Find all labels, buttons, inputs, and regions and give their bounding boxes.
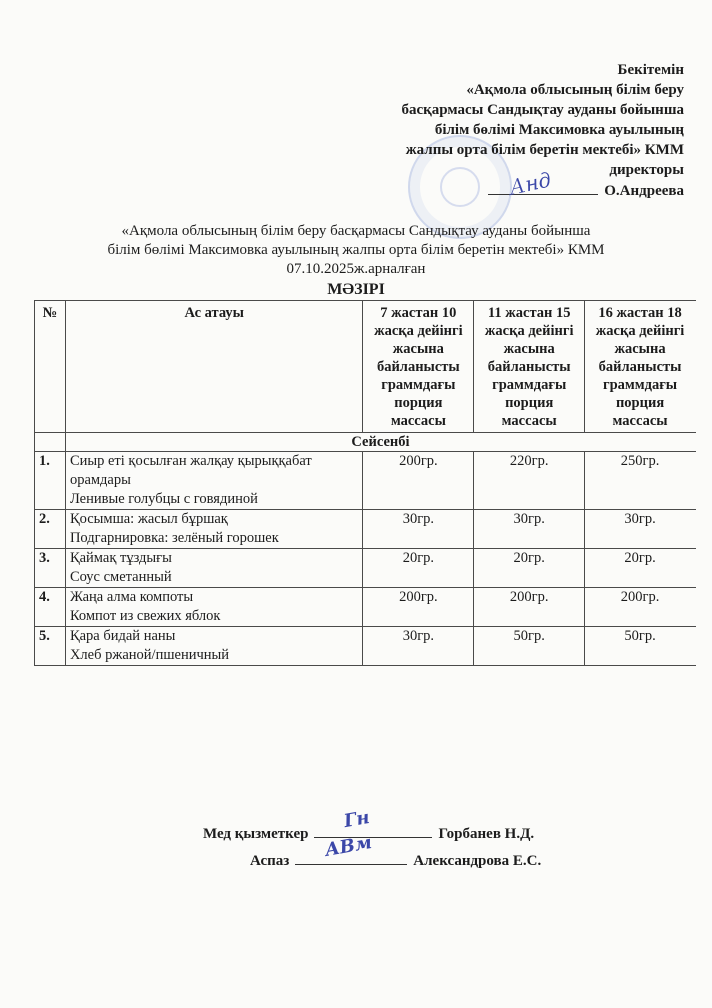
dish-name-kazakh: Қаймақ тұздығы bbox=[70, 549, 359, 568]
portion-7-10: 200гр. bbox=[363, 452, 474, 510]
portion-16-18: 200гр. bbox=[585, 588, 696, 627]
portion-7-10: 30гр. bbox=[363, 627, 474, 666]
portion-7-10: 20гр. bbox=[363, 549, 474, 588]
table-row: 5.Қара бидай наныХлеб ржаной/пшеничный30… bbox=[35, 627, 696, 666]
portion-16-18: 50гр. bbox=[585, 627, 696, 666]
dish-name-russian: Компот из свежих яблок bbox=[70, 607, 359, 626]
table-row: 3.Қаймақ тұздығыСоус сметанный20гр.20гр.… bbox=[35, 549, 696, 588]
dish-name-cell: Қосымша: жасыл бұршақПодгарнировка: зелё… bbox=[65, 510, 363, 549]
signature-line: АВм bbox=[295, 850, 407, 865]
table-row: 4.Жаңа алма компотыКомпот из свежих ябло… bbox=[35, 588, 696, 627]
signature-name: Горбанев Н.Д. bbox=[438, 826, 534, 842]
approval-line: білім бөлімі Максимовка ауылының bbox=[264, 120, 684, 140]
approval-line: басқармасы Сандықтау ауданы бойынша bbox=[264, 100, 684, 120]
approval-line: жалпы орта білім беретін мектебі» КММ bbox=[264, 140, 684, 160]
portion-7-10: 30гр. bbox=[363, 510, 474, 549]
page-title: МӘЗІРІ bbox=[0, 281, 712, 299]
header-dish-name: Ас атауы bbox=[65, 301, 363, 433]
portion-16-18: 30гр. bbox=[585, 510, 696, 549]
cook-signature-row: АспазАВмАлександрова Е.С. bbox=[250, 850, 541, 870]
header-age-7-10: 7 жастан 10 жасқа дейінгі жасына байланы… bbox=[363, 301, 474, 433]
portion-16-18: 250гр. bbox=[585, 452, 696, 510]
dish-name-russian: Хлеб ржаной/пшеничный bbox=[70, 646, 359, 665]
portion-7-10: 200гр. bbox=[363, 588, 474, 627]
dish-name-cell: Қара бидай наныХлеб ржаной/пшеничный bbox=[65, 627, 363, 666]
menu-table: № Ас атауы 7 жастан 10 жасқа дейінгі жас… bbox=[34, 300, 696, 666]
table-row: 2.Қосымша: жасыл бұршақПодгарнировка: зе… bbox=[35, 510, 696, 549]
day-empty-cell bbox=[35, 433, 66, 452]
portion-11-15: 30гр. bbox=[474, 510, 585, 549]
approval-line: Бекітемін bbox=[264, 60, 684, 80]
approval-block: Бекітемін «Ақмола облысының білім беру б… bbox=[264, 60, 684, 201]
org-line: білім бөлімі Максимовка ауылының жалпы о… bbox=[40, 241, 672, 260]
dish-name-cell: Жаңа алма компотыКомпот из свежих яблок bbox=[65, 588, 363, 627]
row-number: 3. bbox=[35, 549, 66, 588]
dish-name-cell: Сиыр еті қосылған жалқау қырыққабат орам… bbox=[65, 452, 363, 510]
signature-role: Мед қызметкер bbox=[203, 826, 308, 842]
day-row: Сейсенбі bbox=[35, 433, 696, 452]
dish-name-kazakh: Қосымша: жасыл бұршақ bbox=[70, 510, 359, 529]
director-signature-row: О.Андреева bbox=[264, 180, 684, 201]
portion-16-18: 20гр. bbox=[585, 549, 696, 588]
approval-line: директоры bbox=[264, 160, 684, 180]
dish-name-kazakh: Жаңа алма компоты bbox=[70, 588, 359, 607]
table-row: 1.Сиыр еті қосылған жалқау қырыққабат ор… bbox=[35, 452, 696, 510]
header-age-16-18: 16 жастан 18 жасқа дейінгі жасына байлан… bbox=[585, 301, 696, 433]
signature-role: Аспаз bbox=[250, 853, 289, 869]
dish-name-kazakh: Қара бидай наны bbox=[70, 627, 359, 646]
dish-name-russian: Соус сметанный bbox=[70, 568, 359, 587]
director-name: О.Андреева bbox=[604, 183, 684, 199]
row-number: 1. bbox=[35, 452, 66, 510]
portion-11-15: 20гр. bbox=[474, 549, 585, 588]
portion-11-15: 200гр. bbox=[474, 588, 585, 627]
table-header-row: № Ас атауы 7 жастан 10 жасқа дейінгі жас… bbox=[35, 301, 696, 433]
org-line: «Ақмола облысының білім беру басқармасы … bbox=[40, 222, 672, 241]
portion-11-15: 50гр. bbox=[474, 627, 585, 666]
approval-line: «Ақмола облысының білім беру bbox=[264, 80, 684, 100]
row-number: 4. bbox=[35, 588, 66, 627]
row-number: 2. bbox=[35, 510, 66, 549]
dish-name-kazakh: Сиыр еті қосылған жалқау қырыққабат орам… bbox=[70, 452, 359, 490]
dish-name-russian: Ленивые голубцы с говядиной bbox=[70, 490, 359, 509]
day-label: Сейсенбі bbox=[65, 433, 695, 452]
dish-name-russian: Подгарнировка: зелёный горошек bbox=[70, 529, 359, 548]
header-age-11-15: 11 жастан 15 жасқа дейінгі жасына байлан… bbox=[474, 301, 585, 433]
row-number: 5. bbox=[35, 627, 66, 666]
date-line: 07.10.2025ж.арналған bbox=[40, 260, 672, 279]
portion-11-15: 220гр. bbox=[474, 452, 585, 510]
organization-title: «Ақмола облысының білім беру басқармасы … bbox=[40, 222, 672, 279]
medical-worker-signature: Гн bbox=[343, 807, 372, 832]
signature-line: Гн bbox=[314, 823, 432, 838]
dish-name-cell: Қаймақ тұздығыСоус сметанный bbox=[65, 549, 363, 588]
header-number: № bbox=[35, 301, 66, 433]
signature-name: Александрова Е.С. bbox=[413, 853, 541, 869]
